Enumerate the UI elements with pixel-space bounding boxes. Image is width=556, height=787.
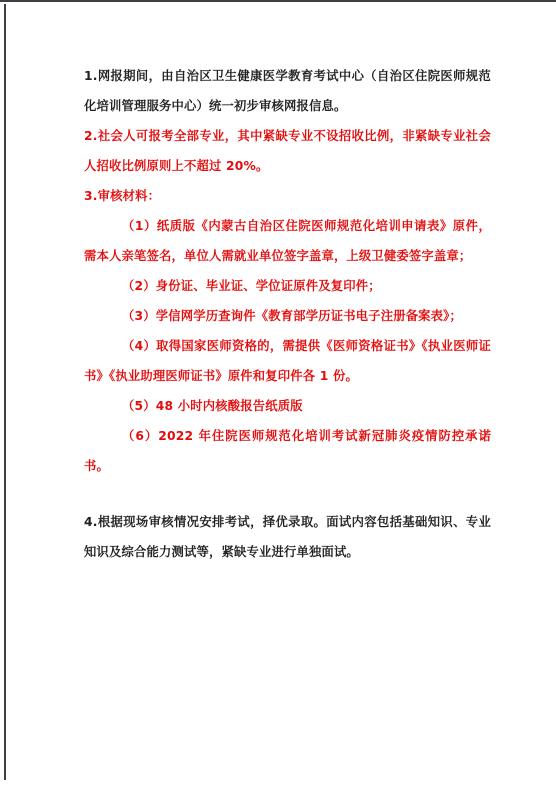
paragraph-online-review: 1.网报期间，由自治区卫生健康医学教育考试中心（自治区住院医师规范化培训管理服务… [84, 61, 491, 121]
document-page: 1.网报期间，由自治区卫生健康医学教育考试中心（自治区住院医师规范化培训管理服务… [0, 0, 556, 787]
document-content: 1.网报期间，由自治区卫生健康医学教育考试中心（自治区住院医师规范化培训管理服务… [84, 61, 491, 567]
paragraph-exam-arrangement: 4.根据现场审核情况安排考试，择优录取。面试内容包括基础知识、专业知识及综合能力… [84, 507, 491, 567]
material-item-physician-licenses: （4）取得国家医师资格的，需提供《医师资格证书》《执业医师证书》《执业助理医师证… [84, 331, 491, 391]
page-left-edge [4, 4, 6, 780]
paragraph-admission-quota: 2.社会人可报考全部专业，其中紧缺专业不设招收比例，非紧缺专业社会人招收比例原则… [84, 121, 491, 181]
material-item-covid-test: （5）48 小时内核酸报告纸质版 [84, 391, 491, 421]
material-item-degree-registration: （3）学信网学历查询件《教育部学历证书电子注册备案表》； [84, 301, 491, 331]
materials-list: （1）纸质版《内蒙古自治区住院医师规范化培训申请表》原件，需本人亲笔签名，单位人… [84, 211, 491, 481]
material-item-covid-commitment: （6）2022 年住院医师规范化培训考试新冠肺炎疫情防控承诺书。 [84, 421, 491, 481]
material-item-application-form: （1）纸质版《内蒙古自治区住院医师规范化培训申请表》原件，需本人亲笔签名，单位人… [84, 211, 491, 271]
page-top-edge [0, 0, 556, 2]
section-materials-heading: 3.审核材料： [84, 181, 491, 211]
material-item-id-certificates: （2）身份证、毕业证、学位证原件及复印件； [84, 271, 491, 301]
